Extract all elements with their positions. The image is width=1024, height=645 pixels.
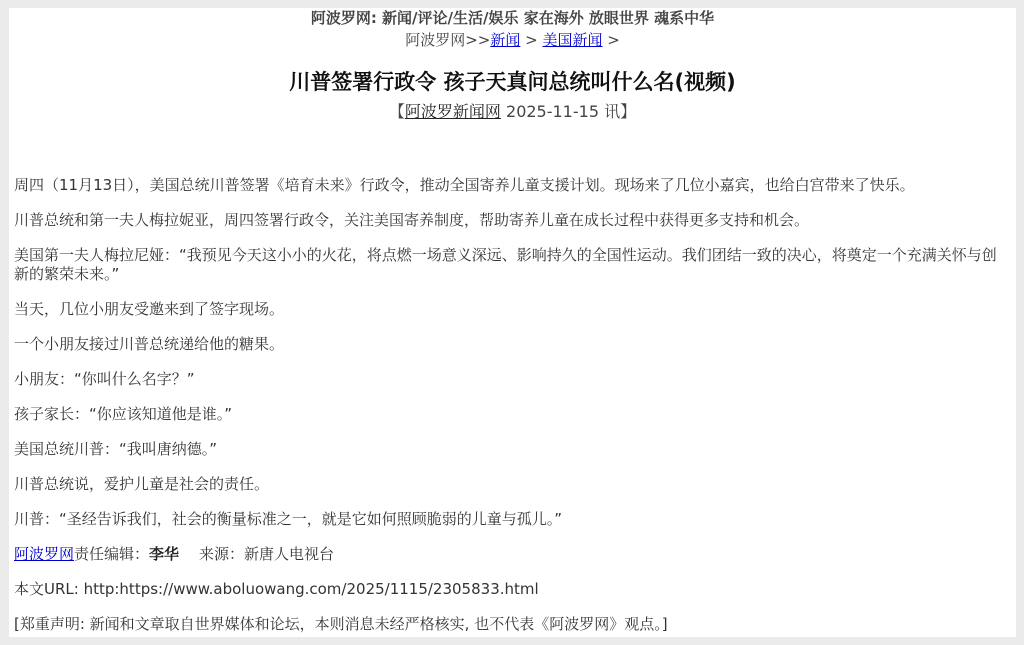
paragraph: 当天，几位小朋友受邀来到了签字现场。 — [14, 300, 1006, 319]
paragraph: 一个小朋友接过川普总统递给他的糖果。 — [14, 335, 1006, 354]
article-meta: 【阿波罗新闻网 2025-11-15 讯】 — [9, 100, 1016, 124]
breadcrumb-home: 阿波罗网>> — [405, 31, 490, 49]
article-body: 周四（11月13日），美国总统川普签署《培育未来》行政令，推动全国寄养儿童支援计… — [9, 176, 1016, 634]
source-link[interactable]: 阿波罗新闻网 — [405, 102, 501, 121]
article-url: 本文URL: http:https://www.aboluowang.com/2… — [14, 580, 1006, 599]
breadcrumb-trailing: > — [602, 31, 619, 49]
site-tagline: 阿波罗网: 新闻/评论/生活/娱乐 家在海外 放眼世界 魂系中华 — [9, 8, 1016, 28]
page-container: 阿波罗网: 新闻/评论/生活/娱乐 家在海外 放眼世界 魂系中华 阿波罗网>>新… — [9, 8, 1016, 637]
paragraph: 周四（11月13日），美国总统川普签署《培育未来》行政令，推动全国寄养儿童支援计… — [14, 176, 1006, 195]
paragraph: 美国第一夫人梅拉尼娅：“我预见今天这小小的火花，将点燃一场意义深远、影响持久的全… — [14, 246, 1006, 284]
disclaimer: [郑重声明: 新闻和文章取自世界媒体和论坛，本则消息未经严格核实, 也不代表《阿… — [14, 615, 1006, 634]
editor-line: 阿波罗网责任编辑：李华来源：新唐人电视台 — [14, 545, 1006, 564]
editor-label: 责任编辑： — [74, 545, 149, 563]
paragraph: 川普：“圣经告诉我们，社会的衡量标准之一，就是它如何照顾脆弱的儿童与孤儿。” — [14, 510, 1006, 529]
meta-open-bracket: 【 — [389, 102, 405, 121]
editor-name: 李华 — [149, 545, 179, 563]
source-label: 来源：新唐人电视台 — [199, 545, 334, 563]
site-home-link[interactable]: 阿波罗网 — [14, 545, 74, 563]
breadcrumb-news-link[interactable]: 新闻 — [490, 31, 520, 49]
paragraph: 美国总统川普：“我叫唐纳德。” — [14, 440, 1006, 459]
article-date: 2025-11-15 讯 — [501, 102, 620, 121]
paragraph: 孩子家长：“你应该知道他是谁。” — [14, 405, 1006, 424]
paragraph: 川普总统和第一夫人梅拉妮亚，周四签署行政令，关注美国寄养制度，帮助寄养儿童在成长… — [14, 211, 1006, 230]
breadcrumb-separator: > — [520, 31, 542, 49]
paragraph: 小朋友：“你叫什么名字？” — [14, 370, 1006, 389]
breadcrumb: 阿波罗网>>新闻 > 美国新闻 > — [9, 28, 1016, 52]
breadcrumb-us-news-link[interactable]: 美国新闻 — [542, 31, 602, 49]
paragraph: 川普总统说，爱护儿童是社会的责任。 — [14, 475, 1006, 494]
meta-close-bracket: 】 — [620, 102, 636, 121]
article-title: 川普签署行政令 孩子天真问总统叫什么名(视频) — [9, 68, 1016, 96]
